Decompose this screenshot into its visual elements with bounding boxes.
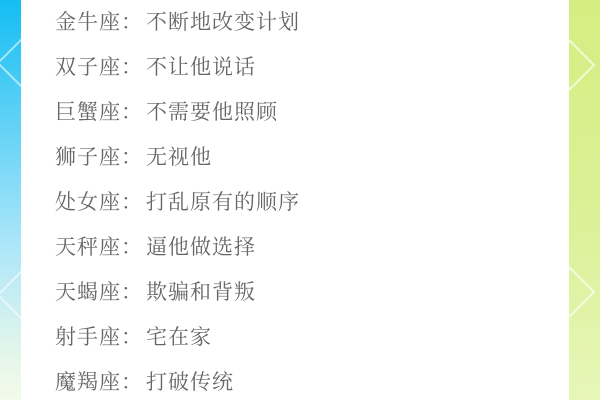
complaint-text: 欺骗和背叛 [146, 282, 256, 303]
colon-separator: ： [121, 102, 143, 123]
complaint-text: 宅在家 [146, 327, 212, 348]
zodiac-sign-label: 魔羯座 [55, 372, 121, 393]
zodiac-sign-label: 处女座 [55, 192, 121, 213]
complaint-text: 逼他做选择 [146, 237, 256, 258]
colon-separator: ： [121, 282, 143, 303]
zodiac-sign-label: 双子座 [55, 57, 121, 78]
zodiac-sign-label: 巨蟹座 [55, 102, 121, 123]
zodiac-sign-label: 射手座 [55, 327, 121, 348]
colon-separator: ： [121, 147, 143, 168]
colon-separator: ： [121, 327, 143, 348]
complaint-text: 不让他说话 [146, 57, 256, 78]
colon-separator: ： [121, 372, 143, 393]
list-item: 巨蟹座：不需要他照顾 [55, 90, 600, 135]
list-item: 射手座：宅在家 [55, 315, 600, 360]
colon-separator: ： [121, 12, 143, 33]
list-item: 双子座：不让他说话 [55, 45, 600, 90]
complaint-text: 无视他 [146, 147, 212, 168]
list-item: 天蝎座：欺骗和背叛 [55, 270, 600, 315]
zodiac-sign-label: 天蝎座 [55, 282, 121, 303]
zodiac-sign-label: 金牛座 [55, 12, 121, 33]
complaint-text: 打破传统 [146, 372, 234, 393]
list-item: 处女座：打乱原有的顺序 [55, 180, 600, 225]
zodiac-sign-label: 天秤座 [55, 237, 121, 258]
list-item: 金牛座：不断地改变计划 [55, 0, 600, 45]
complaint-text: 打乱原有的顺序 [146, 192, 300, 213]
complaint-text: 不需要他照顾 [146, 102, 278, 123]
complaint-text: 不断地改变计划 [146, 12, 300, 33]
colon-separator: ： [121, 192, 143, 213]
list-item: 魔羯座：打破传统 [55, 360, 600, 400]
colon-separator: ： [121, 237, 143, 258]
list-item: 狮子座：无视他 [55, 135, 600, 180]
zodiac-list: 金牛座：不断地改变计划 双子座：不让他说话 巨蟹座：不需要他照顾 狮子座：无视他… [0, 0, 600, 400]
list-item: 天秤座：逼他做选择 [55, 225, 600, 270]
zodiac-sign-label: 狮子座 [55, 147, 121, 168]
colon-separator: ： [121, 57, 143, 78]
